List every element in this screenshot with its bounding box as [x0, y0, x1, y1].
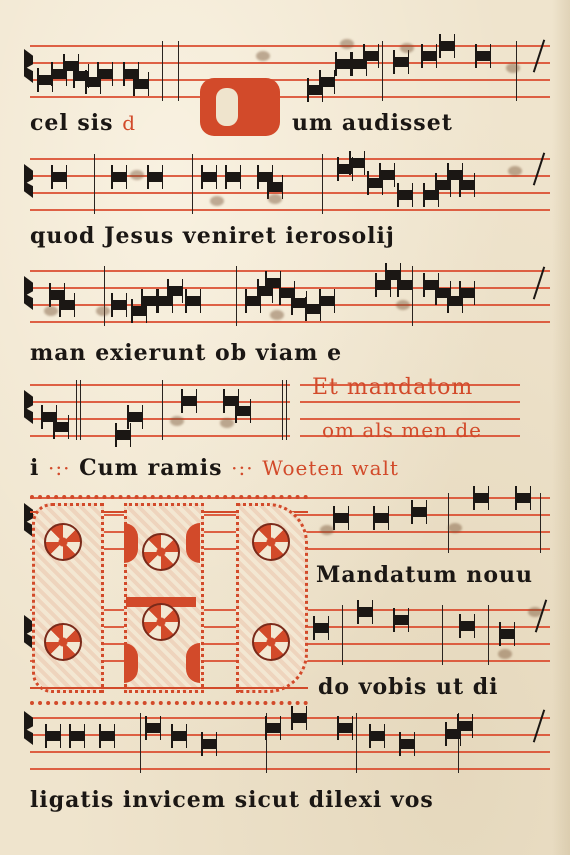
music-staff-4 — [30, 384, 290, 436]
initial-c-black: C — [79, 455, 98, 481]
lyric-line-7: ligatis invicem sicut dilexi vos — [30, 787, 434, 813]
decorated-initial-m — [30, 493, 308, 705]
rubric-line-b: om als men de — [322, 418, 482, 442]
lyric-line-6: do vobis ut di — [318, 674, 499, 700]
lyric-line-5: Mandatum nouu — [316, 562, 533, 588]
manuscript-page: cel sis d um audisset quod Jesus veniret… — [0, 0, 570, 855]
lyric-line-1: cel sis d — [30, 110, 136, 136]
page-edge — [552, 0, 570, 855]
music-staff-7 — [30, 717, 550, 769]
music-staff-3 — [30, 270, 550, 322]
music-staff-1 — [30, 45, 550, 97]
lyric-line-3: man exierunt ob viam e — [30, 340, 342, 366]
lyric-line-4: i ·:· Cum ramis ·:· Woeten walt — [30, 455, 399, 481]
lyric-line-2: quod Jesus veniret ierosolij — [30, 223, 395, 249]
red-mark: d — [122, 111, 136, 135]
rubric-line-c: Woeten walt — [262, 456, 399, 480]
lyric-line-1-continuation: um audisset — [292, 110, 453, 136]
music-staff-2 — [30, 158, 550, 210]
decorated-initial-c — [200, 78, 280, 136]
rubric-line-a: Et mandatom — [312, 375, 473, 400]
